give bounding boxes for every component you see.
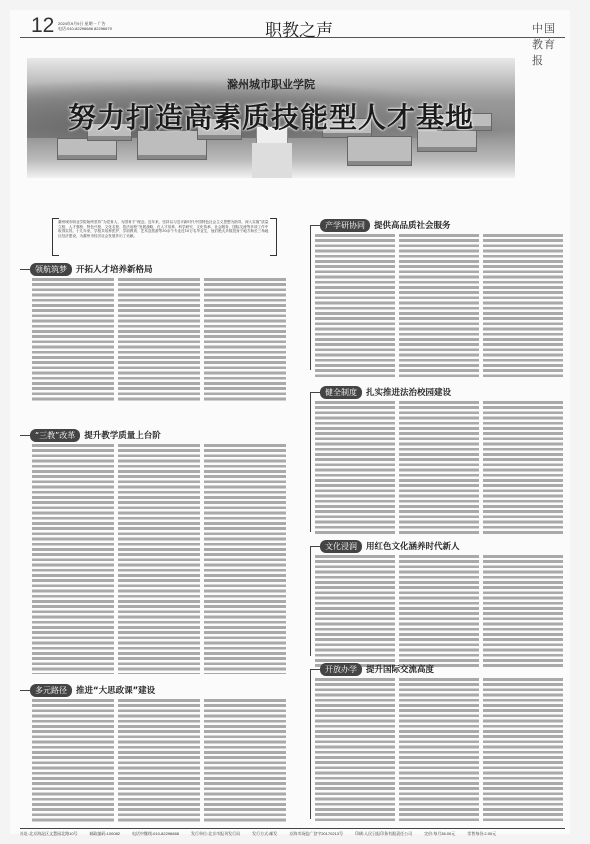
paper-logo: 中国教育报 (532, 20, 565, 68)
building (347, 136, 412, 166)
footer-distributor: 发行单位:北京市报刊发行局 (191, 831, 240, 837)
section-title: 扎实推进法治校园建设 (366, 386, 451, 398)
section-header-6: 文化浸润 用红色文化涵养时代新人 (310, 540, 460, 552)
article-column (315, 234, 395, 379)
section-title: 提供高品质社会服务 (374, 219, 451, 231)
section-pill: “三教”改革 (30, 429, 80, 442)
section-rule (310, 546, 311, 656)
section-pill: 领航筑梦 (30, 263, 72, 276)
issue-meta: 2024年9月9日 星期一 广告 电话:010-82296686 8229667… (58, 21, 112, 31)
article-column (118, 278, 200, 403)
intro-text: 滁州城市职业学院始终坚持“为党育人、为国育才”理念。近年来，坚持以习近平新时代中… (58, 220, 271, 238)
section-pill: 产学研协同 (320, 219, 370, 232)
footer-address: 社址:北京海淀区文慧园北路10号 (20, 831, 78, 837)
newspaper-page: 12 2024年9月9日 星期一 广告 电话:010-82296686 8229… (10, 10, 570, 834)
article-column (32, 444, 114, 674)
building (57, 138, 117, 160)
section-title: 用红色文化涵养时代新人 (366, 540, 460, 552)
article-column (315, 678, 395, 823)
plaza (252, 143, 292, 178)
rule (20, 435, 30, 436)
article-column (483, 234, 563, 379)
section-rule (310, 392, 311, 532)
rule (310, 225, 320, 226)
article-column (204, 444, 286, 674)
article-column (399, 678, 479, 823)
article-column (315, 555, 395, 667)
article-column (32, 278, 114, 403)
section-header-3: 多元路径 推进“大思政课”建设 (20, 684, 155, 696)
rule (310, 669, 320, 670)
section-rule (310, 225, 311, 370)
campus-aerial-photo: 滁州城市职业学院 努力打造高素质技能型人才基地 (27, 58, 515, 178)
phone-line: 电话:010-82296686 82296679 (58, 26, 112, 31)
article-column (118, 444, 200, 674)
footer-retail: 零售每份:2.00元 (467, 831, 496, 837)
section-header-7: 开放办学 提升国际交流高度 (310, 663, 434, 675)
rule (20, 690, 30, 691)
section-pill: 开放办学 (320, 663, 362, 676)
article-column (204, 278, 286, 403)
footer-distribution: 发行方式:邮发 (252, 831, 277, 837)
college-name: 滁州城市职业学院 (27, 76, 515, 92)
section-header-5: 健全制度 扎实推进法治校园建设 (310, 386, 451, 398)
footer-postcode: 邮政编码:100082 (90, 831, 120, 837)
article-column (399, 234, 479, 379)
footer-imprint: 社址:北京海淀区文慧园北路10号 邮政编码:100082 电话中继线:010-8… (20, 828, 565, 837)
footer-printer: 印刷:人民日报印务有限责任公司 (355, 831, 412, 837)
footer-license: 京海市场监广登字20170213号 (289, 831, 343, 837)
page-number: 12 (31, 14, 54, 38)
article-column (32, 699, 114, 824)
rule (310, 392, 320, 393)
section-pill: 文化浸润 (320, 540, 362, 553)
article-column (315, 401, 395, 536)
article-column (118, 699, 200, 824)
article-column (483, 401, 563, 536)
section-header-1: 领航筑梦 开拓人才培养新格局 (20, 263, 153, 275)
masthead: 12 2024年9月9日 星期一 广告 电话:010-82296686 8229… (20, 12, 565, 38)
section-header-4: 产学研协同 提供高品质社会服务 (310, 219, 451, 231)
article-column (399, 401, 479, 536)
section-title: 提升教学质量上台阶 (84, 429, 161, 441)
section-pill: 多元路径 (30, 684, 72, 697)
section-title: 提升国际交流高度 (366, 663, 434, 675)
section-pill: 健全制度 (320, 386, 362, 399)
section-header-2: “三教”改革 提升教学质量上台阶 (20, 429, 161, 441)
rule (20, 269, 30, 270)
section-title: 职教之声 (265, 16, 333, 41)
section-rule (310, 669, 311, 819)
footer-phone: 电话中继线:010-82296688 (132, 831, 179, 837)
footer-price: 定价:每月36.00元 (424, 831, 455, 837)
section-title: 开拓人才培养新格局 (76, 263, 153, 275)
rule (310, 546, 320, 547)
article-column (204, 699, 286, 824)
headline: 努力打造高素质技能型人才基地 (27, 96, 515, 136)
intro-box: 滁州城市职业学院始终坚持“为党育人、为国育才”理念。近年来，坚持以习近平新时代中… (52, 218, 277, 256)
article-column (483, 555, 563, 667)
section-title: 推进“大思政课”建设 (76, 684, 155, 696)
article-column (483, 678, 563, 823)
article-column (399, 555, 479, 667)
